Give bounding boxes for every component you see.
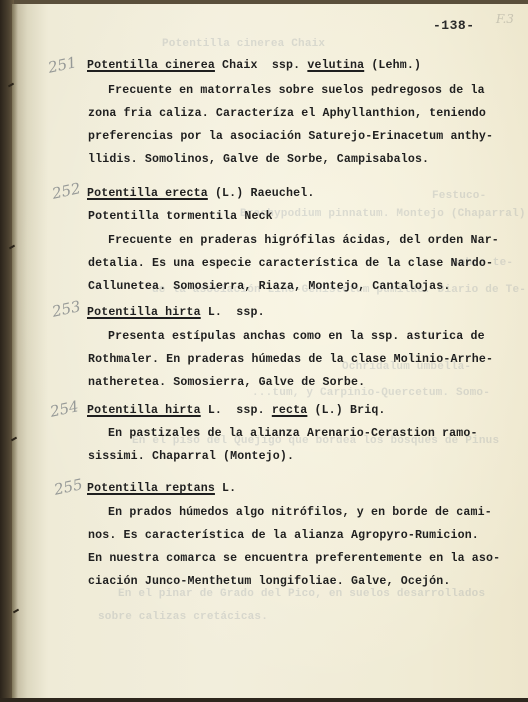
species-heading: Potentilla reptans L. — [87, 482, 236, 495]
infraspecific-author: (Lehm.) — [371, 59, 421, 72]
description-line: En pastizales de la alianza Arenario-Cer… — [108, 427, 478, 440]
description-line: zona fria caliza. Caracteríza el Aphylla… — [88, 107, 486, 120]
species-heading: Potentilla erecta (L.) Raeuchel. — [87, 187, 314, 200]
handwritten-entry-number: 251 — [46, 53, 78, 77]
species-author: L. — [222, 482, 236, 495]
description-line: Presenta estípulas anchas como en la ssp… — [108, 330, 485, 343]
show-through-text: En el pinar de Grado del Pico, en suelos… — [118, 588, 485, 600]
show-through-text: Festuco- — [432, 190, 486, 202]
infraspecific-name: velutina — [307, 59, 364, 72]
species-author: L. — [208, 306, 222, 319]
handwritten-entry-number: 253 — [50, 297, 82, 321]
rank-label: ssp. — [272, 59, 300, 72]
species-heading: Potentilla hirta L. ssp. — [87, 306, 265, 319]
handwritten-entry-number: 252 — [50, 179, 82, 203]
description-line: Frecuente en matorrales sobre suelos ped… — [108, 84, 485, 97]
species-name: Potentilla cinerea — [87, 59, 215, 72]
description-line: En nuestra comarca se encuentra preferen… — [88, 552, 500, 565]
species-name: Potentilla reptans — [87, 482, 215, 495]
description-line: detalia. Es una especie característica d… — [88, 257, 493, 270]
species-heading: Potentilla cinerea Chaix ssp. velutina (… — [87, 59, 421, 72]
document-page: Potentilla cinerea Chaix Festuco- Brachy… — [12, 4, 528, 698]
description-line: preferencias por la asociación Saturejo-… — [88, 130, 493, 143]
description-line: Callunetea. Somosierra, Riaza, Montejo, … — [88, 280, 450, 293]
species-author: (L.) Raeuchel. — [215, 187, 315, 200]
handwritten-entry-number: 254 — [48, 397, 80, 421]
description-line: natheretea. Somosierra, Galve de Sorbe. — [88, 376, 365, 389]
description-line: nos. Es característica de la alianza Agr… — [88, 529, 479, 542]
corner-pencil-mark: F.3 — [496, 12, 514, 26]
description-line: En prados húmedos algo nitrófilos, y en … — [108, 506, 492, 519]
infraspecific-author: (L.) Briq. — [314, 404, 385, 417]
species-name: Potentilla erecta — [87, 187, 208, 200]
description-line: Frecuente en praderas higrófilas ácidas,… — [108, 234, 499, 247]
show-through-text: sobre calizas cretácicas. — [98, 611, 268, 623]
show-through-text: Potentilla cinerea Chaix — [162, 38, 325, 50]
description-line: sissimi. Chaparral (Montejo). — [88, 450, 294, 463]
species-author: Chaix — [222, 59, 258, 72]
show-through-text: Brachypodium pinnatum. Montejo (Chaparra… — [240, 208, 528, 220]
page-number: -138- — [433, 18, 475, 33]
rank-label: ssp. — [236, 404, 264, 417]
species-heading: Potentilla hirta L. ssp. recta (L.) Briq… — [87, 404, 386, 417]
description-line: Rothmaler. En praderas húmedas de la cla… — [88, 353, 493, 366]
species-author: L. — [208, 404, 222, 417]
synonym-line: Potentilla tormentila Neck — [88, 210, 273, 223]
species-name: Potentilla hirta — [87, 306, 201, 319]
handwritten-entry-number: 255 — [52, 475, 84, 499]
infraspecific-name: recta — [272, 404, 308, 417]
rank-label: ssp. — [236, 306, 264, 319]
scan-bottom-edge — [0, 698, 528, 702]
description-line: llidis. Somolinos, Galve de Sorbe, Campi… — [88, 153, 429, 166]
description-line: ciación Junco-Menthetum longifoliae. Gal… — [88, 575, 450, 588]
page-fold-shadow — [12, 4, 18, 698]
species-name: Potentilla hirta — [87, 404, 201, 417]
